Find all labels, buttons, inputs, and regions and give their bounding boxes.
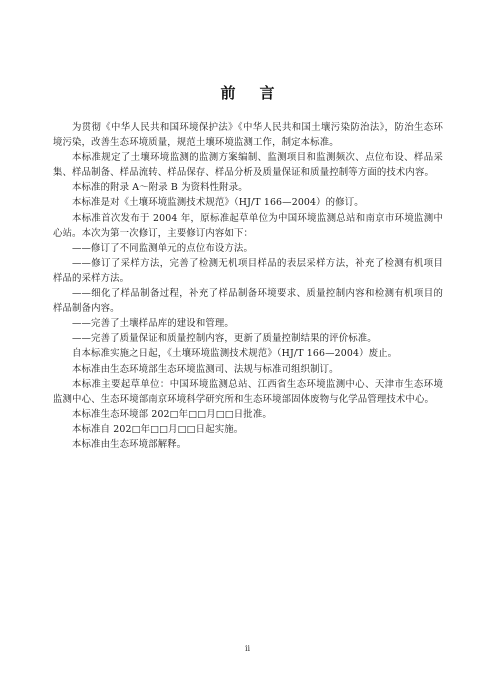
paragraph-approval-date: 本标准生态环境部 202□年□□月□□日批准。 [53, 407, 443, 422]
paragraph-scope: 本标准规定了土壤环境监测的监测方案编制、监测项目和监测频次、点位布设、样品采集、… [53, 150, 443, 180]
revision-item: ——修订了不同监测单元的点位布设方法。 [53, 241, 443, 256]
paragraph-effective-date: 本标准自 202□年□□月□□日起实施。 [53, 422, 443, 437]
paragraph-interpretation: 本标准由生态环境部解释。 [53, 437, 443, 452]
paragraph-revision-of: 本标准是对《土壤环境监测技术规范》（HJ/T 166—2004）的修订。 [53, 195, 443, 210]
revision-item: ——完善了质量保证和质量控制内容，更新了质量控制结果的评价标准。 [53, 331, 443, 346]
document-page: 前言 为贯彻《中华人民共和国环境保护法》《中华人民共和国土壤污染防治法》，防治生… [0, 0, 495, 699]
paragraph-purpose: 为贯彻《中华人民共和国环境保护法》《中华人民共和国土壤污染防治法》，防治生态环境… [53, 120, 443, 150]
paragraph-first-published: 本标准首次发布于 2004 年，原标准起草单位为中国环境监测总站和南京市环境监测… [53, 211, 443, 241]
paragraph-appendix: 本标准的附录 A～附录 B 为资料性附录。 [53, 180, 443, 195]
page-number: ii [0, 644, 495, 653]
paragraph-organized-by: 本标准由生态环境部生态环境监测司、法规与标准司组织制订。 [53, 362, 443, 377]
revision-item: ——细化了样品制备过程，补充了样品制备环境要求、质量控制内容和检测有机项目的样品… [53, 286, 443, 316]
paragraph-repeal: 自本标准实施之日起，《土壤环境监测技术规范》（HJ/T 166—2004）废止。 [53, 346, 443, 361]
paragraph-drafting-units: 本标准主要起草单位：中国环境监测总站、江西省生态环境监测中心、天津市生态环境监测… [53, 377, 443, 407]
page-title: 前言 [0, 82, 495, 103]
revision-item: ——修订了采样方法，完善了检测无机项目样品的表层采样方法，补充了检测有机项目样品… [53, 256, 443, 286]
revision-item: ——完善了土壤样品库的建设和管理。 [53, 316, 443, 331]
foreword-body: 为贯彻《中华人民共和国环境保护法》《中华人民共和国土壤污染防治法》，防治生态环境… [53, 120, 443, 452]
